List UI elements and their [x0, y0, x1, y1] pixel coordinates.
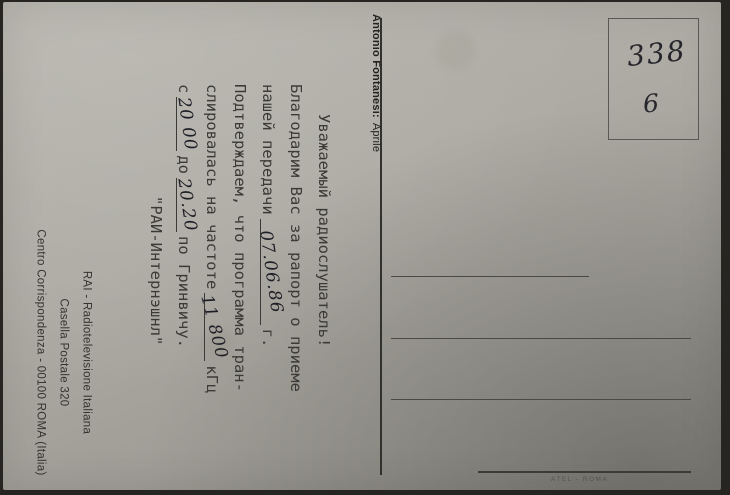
message-line-confirm: Подтверждаем, что программа тран-	[226, 84, 254, 422]
printer-mark: ATEL - ROMA	[551, 476, 608, 483]
sender-address-block: RAI - Radiotelevisione Italiana Casella …	[21, 218, 98, 488]
message-block: Уважаемый радиослушатель! Благодарим Вас…	[138, 76, 338, 422]
date-line-suffix: г.	[259, 329, 277, 348]
message-line-salutation: Уважаемый радиослушатель!	[310, 84, 338, 422]
date-blank: 07.06.86	[260, 219, 277, 325]
time-line-suffix: по Гринвичу.	[175, 236, 193, 348]
frequency-line-prefix: слировалась на частоте	[203, 84, 221, 289]
message-line-thanks: Благодарим Вас за рапорт о приеме	[282, 84, 310, 422]
postcard: Antonio Fontanesi:Aprile 338 6 Уважаемый…	[3, 2, 721, 490]
date-line-prefix: нашей передачи	[259, 84, 277, 215]
handwritten-time-end: 20.20	[173, 177, 200, 233]
time-end-blank: 20.20	[176, 178, 193, 232]
credit-divider-line	[380, 18, 382, 475]
handwritten-stamp-subnumber: 6	[642, 88, 660, 118]
time-line-mid: до	[175, 155, 193, 174]
recipient-address-line-4	[478, 471, 691, 473]
photo-background: Antonio Fontanesi:Aprile 338 6 Уважаемый…	[0, 0, 730, 495]
handwritten-stamp-number: 338	[625, 34, 688, 73]
message-line-signature: "РАИ-Интернэшнл"	[142, 84, 170, 422]
frequency-blank: 11 800	[204, 293, 221, 361]
message-line-date: нашей передачи07.06.86г.	[254, 84, 282, 422]
stamp-box: 338 6	[608, 18, 699, 140]
sender-line-postbox: Casella Postale 320	[52, 218, 75, 488]
recipient-address-line-3	[391, 399, 691, 400]
message-line-frequency: слировалась на частоте11 800кГц	[198, 84, 226, 422]
time-start-blank: 20 00	[176, 97, 193, 151]
photographer-credit: Antonio Fontanesi:Aprile	[360, 14, 382, 144]
sender-line-city: Centro Corrispondenza - 00100 ROMA (Ital…	[29, 218, 52, 488]
recipient-address-line-2	[391, 338, 691, 339]
sender-line-organization: RAI - Radiotelevisione Italiana	[75, 218, 98, 488]
handwritten-time-start: 20 00	[173, 96, 200, 152]
recipient-address-line-1	[391, 276, 589, 277]
frequency-line-suffix: кГц	[203, 365, 221, 393]
time-line-prefix: с	[175, 84, 193, 93]
message-line-time: с20 00до20.20по Гринвичу.	[170, 84, 198, 422]
